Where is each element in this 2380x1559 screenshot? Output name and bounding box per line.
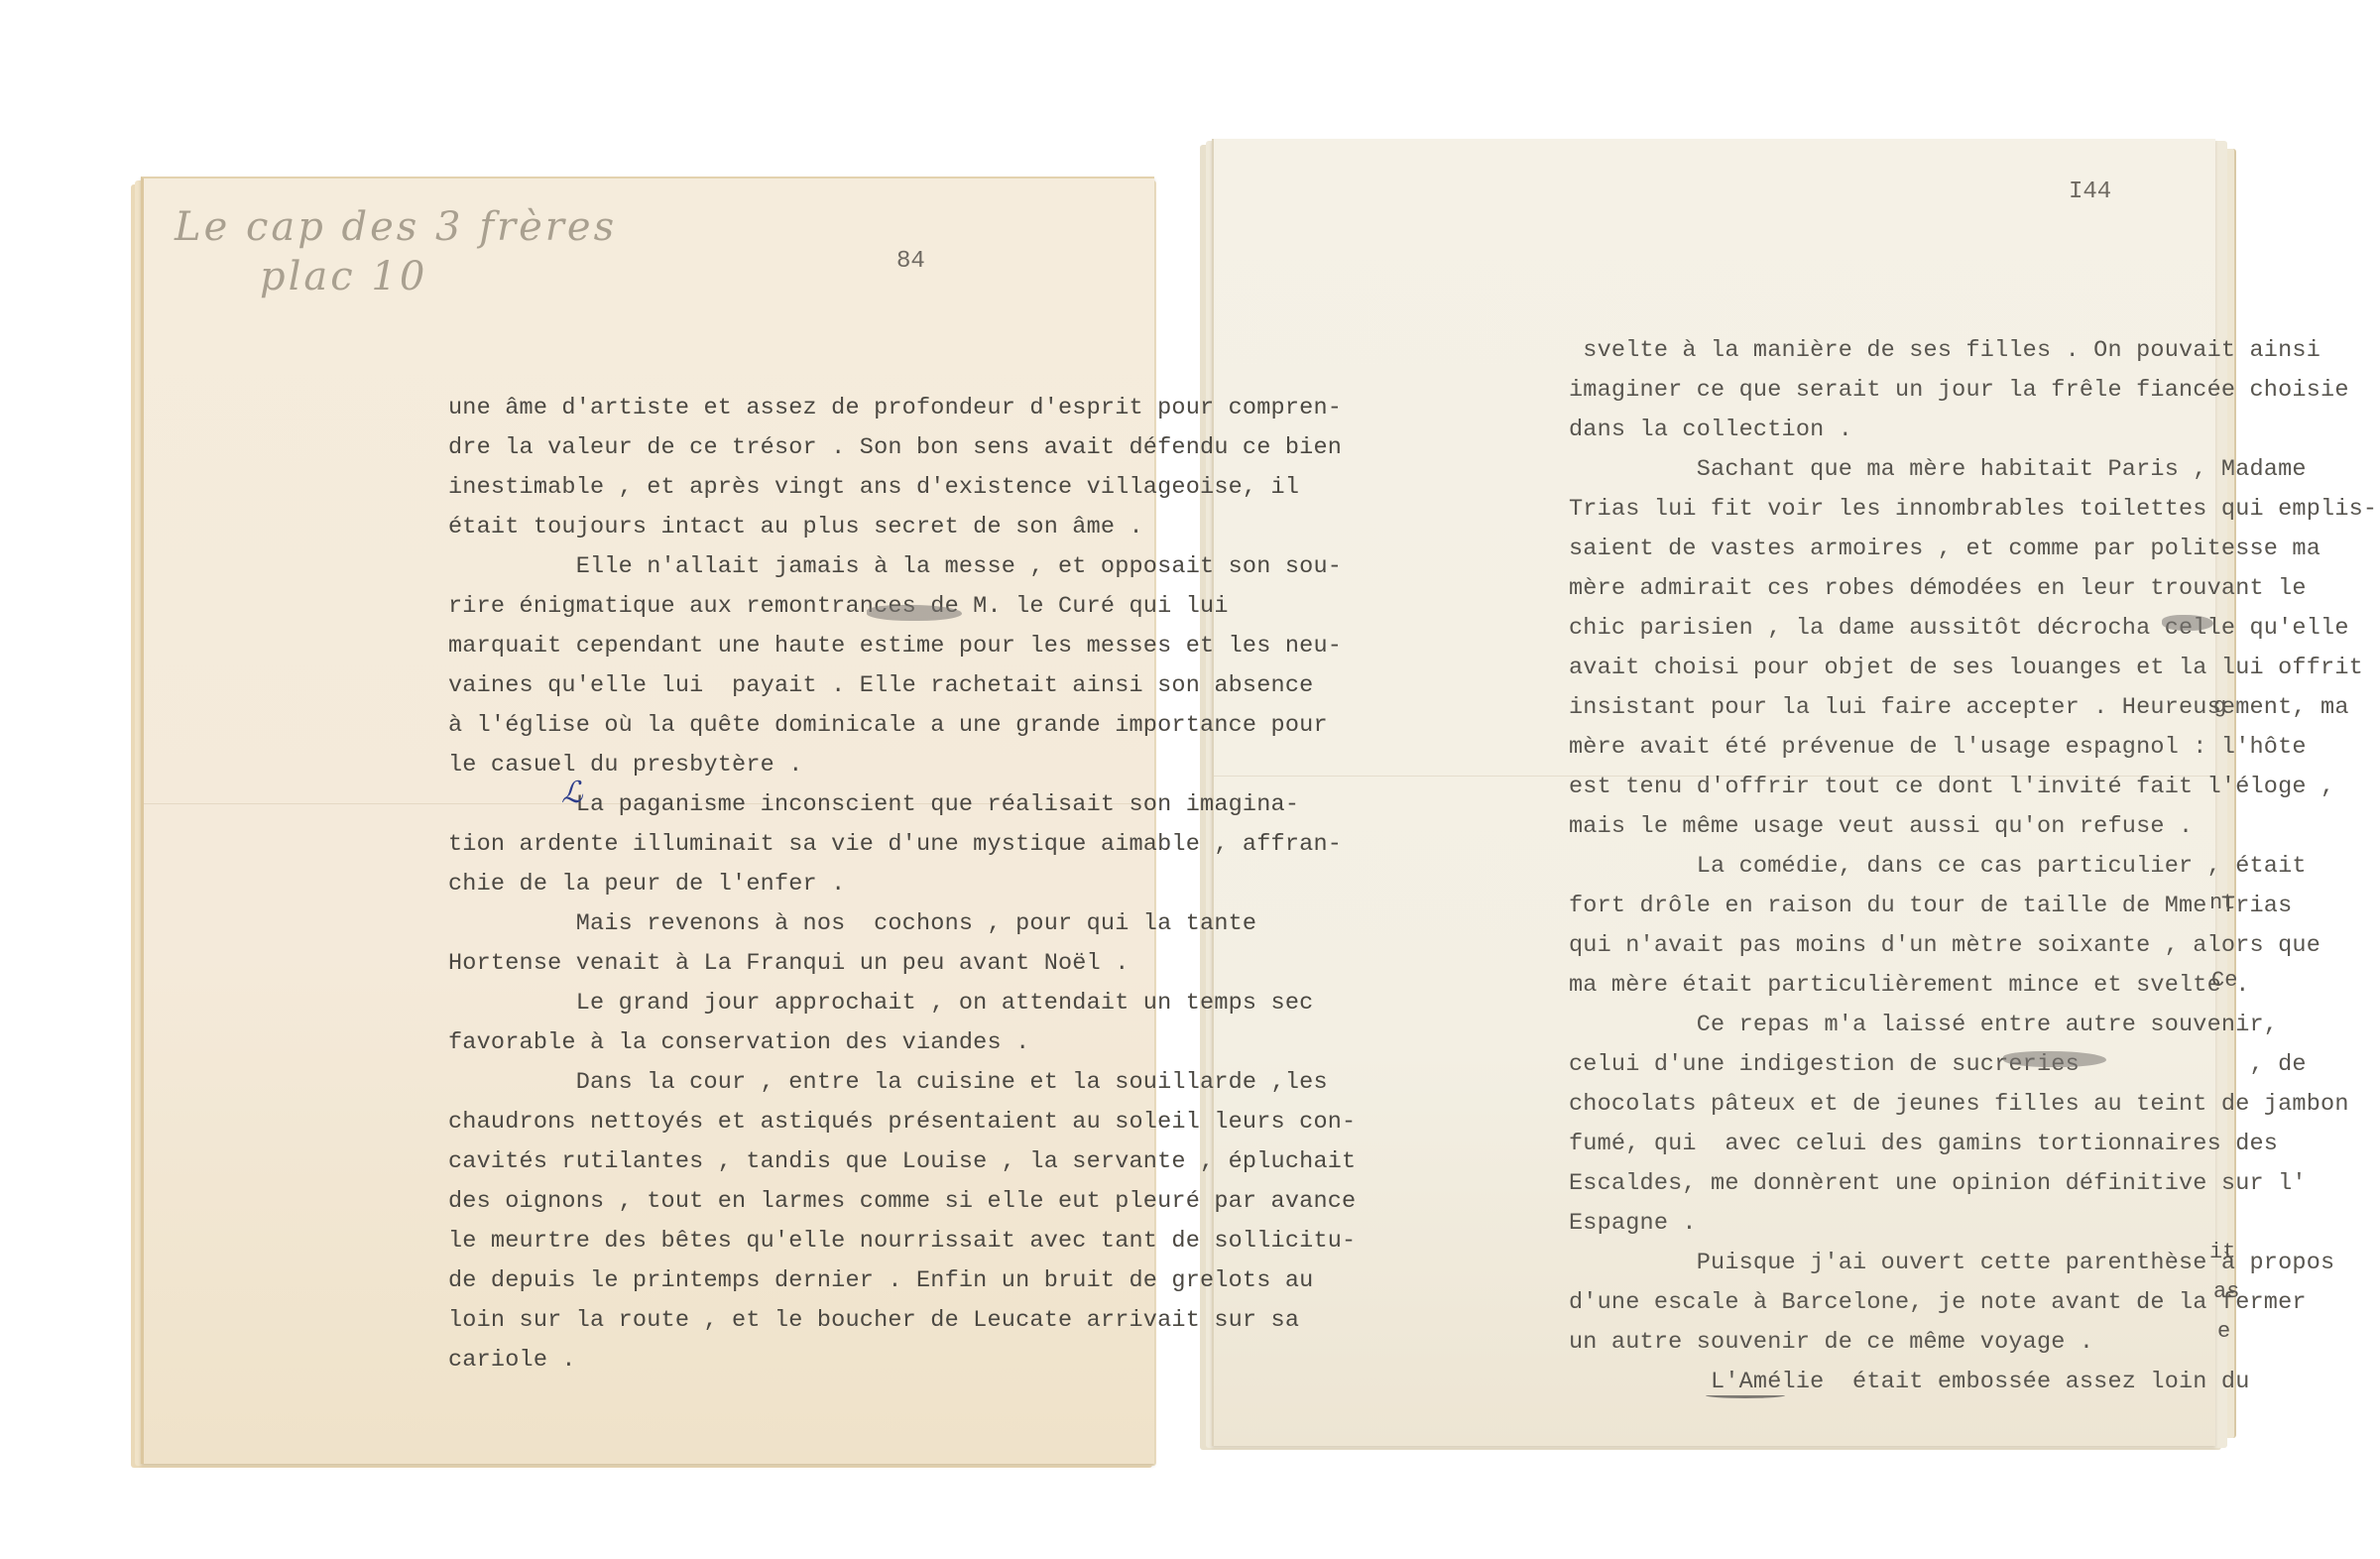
crossed-out-word-mark <box>867 605 962 621</box>
text-line: imaginer ce que serait un jour la frêle … <box>1569 377 2349 404</box>
text-line: Sachant que ma mère habitait Paris , Mad… <box>1569 456 2307 483</box>
underlying-sheet-fragment: as <box>2213 1279 2239 1304</box>
text-line: chocolats pâteux et de jeunes filles au … <box>1569 1091 2349 1118</box>
handwritten-placement: plac 10 <box>260 254 427 300</box>
text-line: était toujours intact au plus secret de … <box>448 514 1143 540</box>
text-line: Ce repas m'a laissé entre autre souvenir… <box>1569 1012 2278 1038</box>
text-line: chaudrons nettoyés et astiqués présentai… <box>448 1109 1356 1136</box>
right-page-number: I44 <box>2069 179 2111 205</box>
text-line: inestimable , et après vingt ans d'exist… <box>448 474 1299 501</box>
crossed-out-word-mark <box>2162 615 2213 631</box>
text-line: svelte à la manière de ses filles . On p… <box>1569 337 2320 364</box>
text-line: insistant pour la lui faire accepter . H… <box>1569 694 2349 721</box>
text-line: mais le même usage veut aussi qu'on refu… <box>1569 813 2193 840</box>
text-line: le meurtre des bêtes qu'elle nourrissait… <box>448 1228 1356 1255</box>
text-line: cavités rutilantes , tandis que Louise ,… <box>448 1148 1356 1175</box>
underlying-sheet-fragment: e <box>2217 1319 2230 1344</box>
text-line: favorable à la conservation des viandes … <box>448 1029 1029 1056</box>
text-line: le casuel du presbytère . <box>448 752 803 779</box>
text-line: Dans la cour , entre la cuisine et la so… <box>448 1069 1328 1096</box>
underlying-sheet-fragment: g <box>2213 694 2226 719</box>
text-line: de depuis le printemps dernier . Enfin u… <box>448 1267 1313 1294</box>
text-line: qui n'avait pas moins d'un mètre soixant… <box>1569 932 2320 959</box>
blue-correction-mark: ℒ <box>561 776 583 810</box>
text-line: dans la collection . <box>1569 417 1852 443</box>
text-line: marquait cependant une haute estime pour… <box>448 633 1342 660</box>
text-line: à l'église où la quête dominicale a une … <box>448 712 1328 739</box>
text-line: d'une escale à Barcelone, je note avant … <box>1569 1289 2307 1316</box>
text-line: Espagne . <box>1569 1210 1697 1237</box>
text-line: Elle n'allait jamais à la messe , et opp… <box>448 553 1342 580</box>
text-line: Escaldes, me donnèrent une opinion défin… <box>1569 1170 2307 1197</box>
text-line: dre la valeur de ce trésor . Son bon sen… <box>448 434 1342 461</box>
pencil-underline <box>1706 1392 1785 1398</box>
text-line: fort drôle en raison du tour de taille d… <box>1569 893 2292 919</box>
text-line: La comédie, dans ce cas particulier , ét… <box>1569 853 2307 880</box>
text-line: ma mère était particulièrement mince et … <box>1569 972 2250 999</box>
text-line: chie de la peur de l'enfer . <box>448 871 845 898</box>
text-line: avait choisi pour objet de ses louanges … <box>1569 655 2363 681</box>
text-line: Trias lui fit voir les innombrables toil… <box>1569 496 2377 523</box>
text-line: Mais revenons à nos cochons , pour qui l… <box>448 910 1256 937</box>
left-page-number: 84 <box>896 248 925 275</box>
text-line: mère admirait ces robes démodées en leur… <box>1569 575 2307 602</box>
text-line: tion ardente illuminait sa vie d'une mys… <box>448 831 1342 858</box>
crossed-out-word-mark <box>2003 1051 2106 1067</box>
text-line: L'Amélie était embossée assez loin du <box>1569 1369 2250 1395</box>
underlying-sheet-fragment: it <box>2209 1240 2235 1264</box>
text-line: chic parisien , la dame aussitôt décroch… <box>1569 615 2349 642</box>
text-line: mère avait été prévenue de l'usage espag… <box>1569 734 2307 761</box>
text-line: vaines qu'elle lui payait . Elle racheta… <box>448 672 1313 699</box>
text-line: loin sur la route , et le boucher de Leu… <box>448 1307 1299 1334</box>
text-line: est tenu d'offrir tout ce dont l'invité … <box>1569 774 2334 800</box>
handwritten-title: Le cap des 3 frères <box>175 204 617 250</box>
text-line: saient de vastes armoires , et comme par… <box>1569 536 2320 562</box>
underlying-sheet-fragment: nt <box>2209 891 2235 915</box>
text-line: Hortense venait à La Franqui un peu avan… <box>448 950 1130 977</box>
text-line: des oignons , tout en larmes comme si el… <box>448 1188 1356 1215</box>
text-line: rire énigmatique aux remontrances de M. … <box>448 593 1229 620</box>
text-line: fumé, qui avec celui des gamins tortionn… <box>1569 1131 2278 1157</box>
text-line: un autre souvenir de ce même voyage . <box>1569 1329 2093 1356</box>
text-line: Le grand jour approchait , on attendait … <box>448 990 1313 1017</box>
text-line: une âme d'artiste et assez de profondeur… <box>448 395 1342 421</box>
text-line: cariole . <box>448 1347 576 1374</box>
text-line: celui d'une indigestion de sucreries , d… <box>1569 1051 2307 1078</box>
underlying-sheet-fragment: Ce <box>2211 968 2237 993</box>
